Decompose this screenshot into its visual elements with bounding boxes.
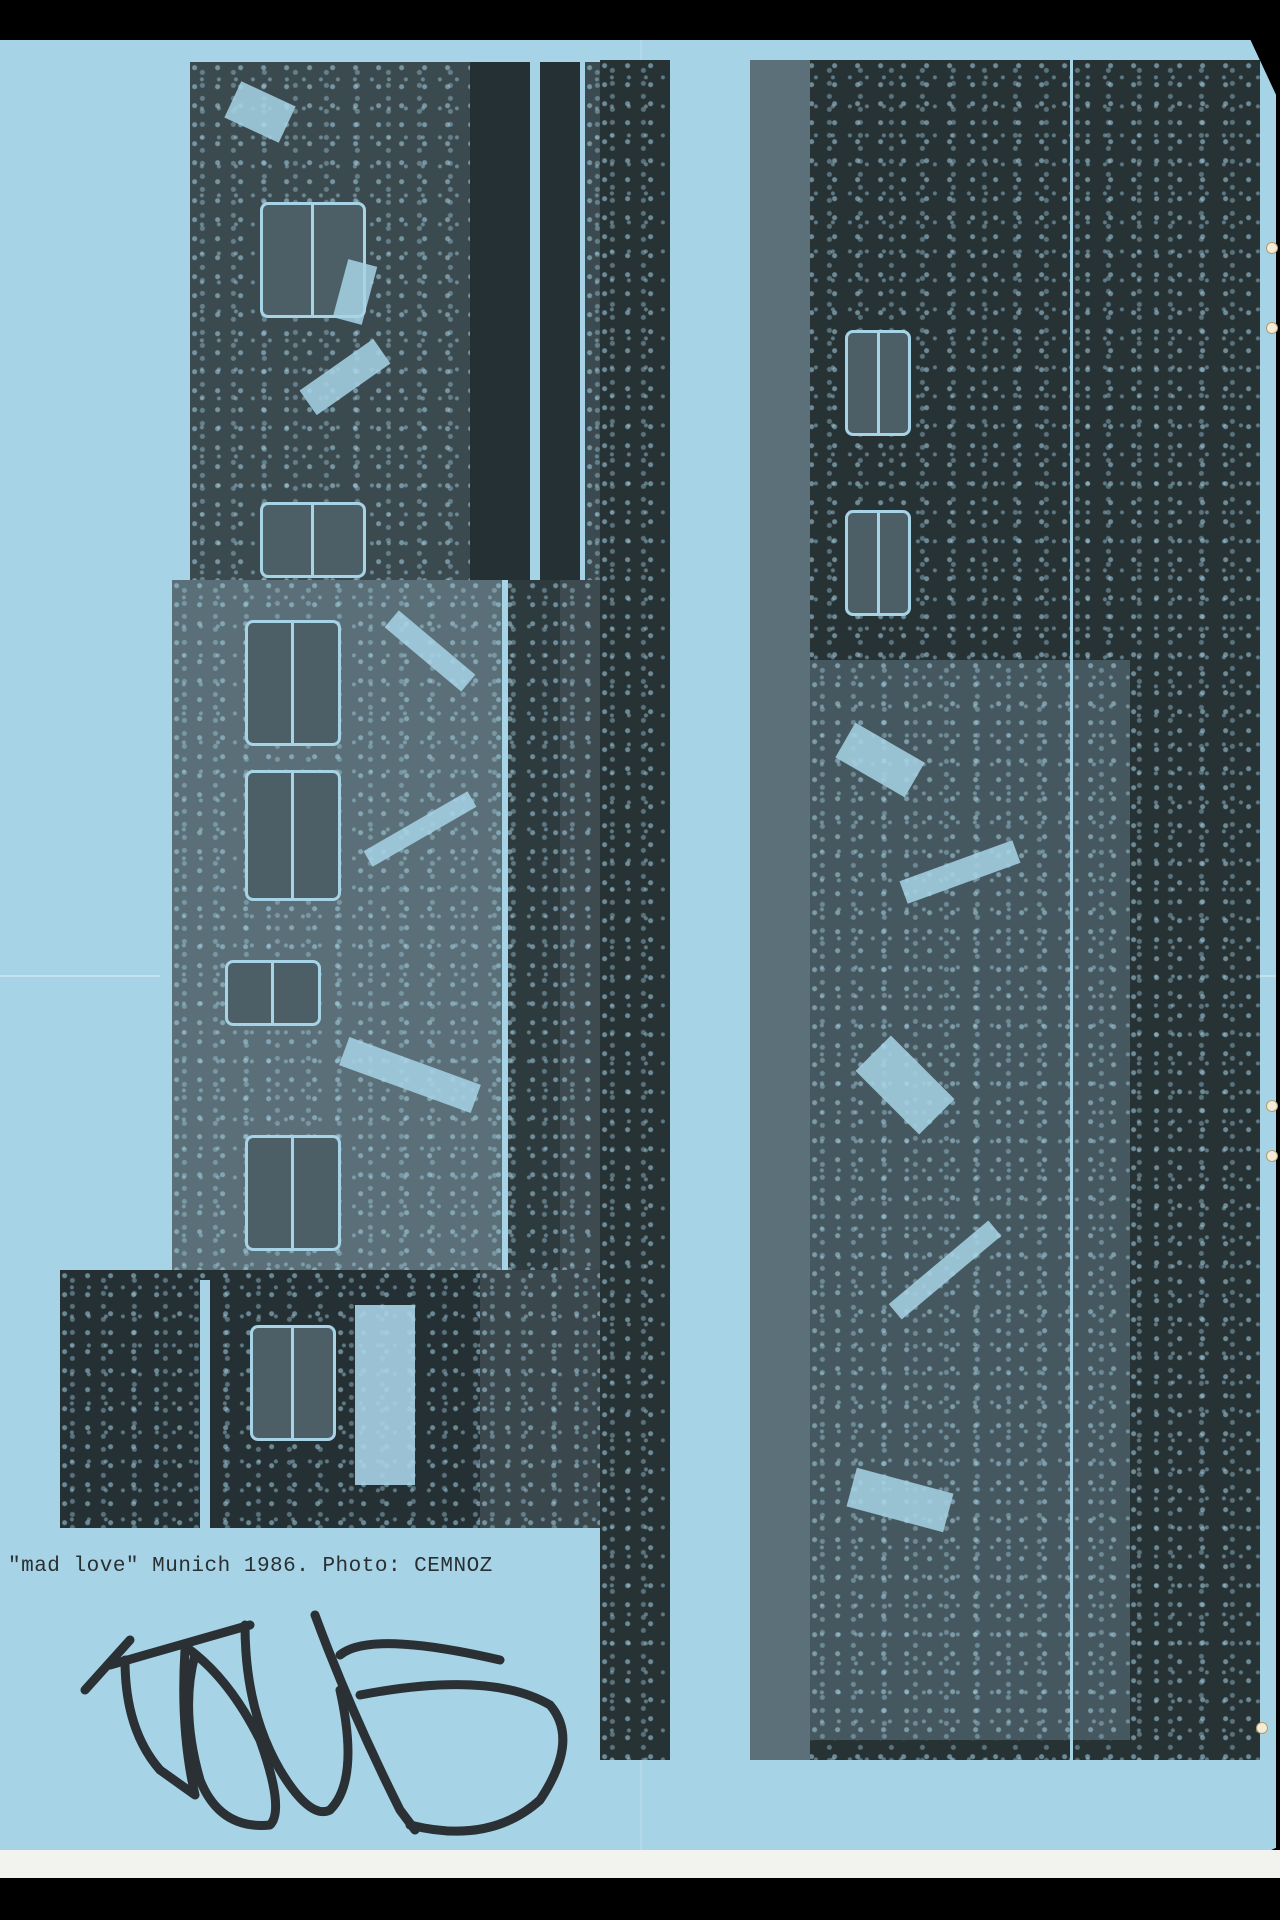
- photo-caption: "mad love" Munich 1986. Photo: CEMNOZ: [8, 1555, 493, 1578]
- sky-strip: [670, 60, 750, 1760]
- photo-right-column: [600, 60, 1260, 1760]
- photo-left-bottom: [60, 1270, 600, 1530]
- photo-left-top: [40, 62, 670, 582]
- binder-hole: [1266, 1100, 1278, 1112]
- binder-hole: [1266, 322, 1278, 334]
- binder-hole: [1266, 1150, 1278, 1162]
- tag-signature-icon: [70, 1610, 590, 1860]
- scanner-bed: [0, 1850, 1280, 1878]
- binder-hole: [1256, 1722, 1268, 1734]
- scan-top-border: [0, 0, 1280, 40]
- binder-hole: [1266, 242, 1278, 254]
- scan-bottom-border: [0, 1878, 1280, 1920]
